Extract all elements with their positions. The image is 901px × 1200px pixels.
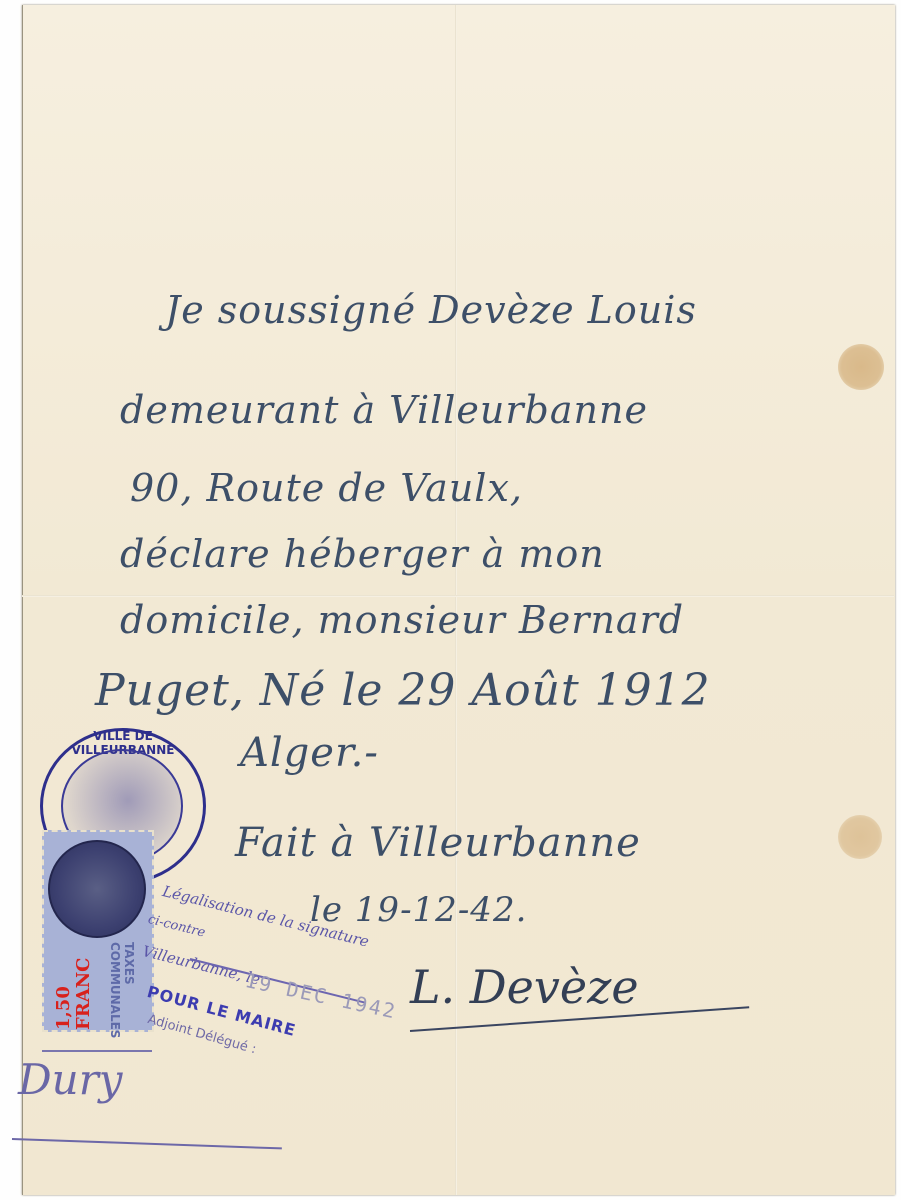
body-line-3: 90, Route de Vaulx, xyxy=(130,466,523,510)
place-line: Fait à Villeurbanne xyxy=(235,820,641,866)
stain-spot-upper xyxy=(838,344,884,390)
revenue-stamp: 1,50 FRANC TAXES COMMUNALES xyxy=(42,830,154,1032)
official-signature-line-top xyxy=(42,1050,152,1052)
body-line-1: Je soussigné Devèze Louis xyxy=(165,288,697,332)
body-line-4: déclare héberger à mon xyxy=(120,532,605,576)
body-line-7: Alger.- xyxy=(240,730,379,776)
stain-spot-lower xyxy=(838,815,882,859)
marianne-medallion-icon xyxy=(48,840,146,938)
author-signature: L. Devèze xyxy=(410,960,639,1014)
official-signature: Dury xyxy=(18,1055,123,1104)
horizontal-fold-line xyxy=(22,595,894,597)
body-line-2: demeurant à Villeurbanne xyxy=(120,388,648,432)
stamp-label: TAXES COMMUNALES xyxy=(108,942,136,1038)
stamp-value: 1,50 FRANC xyxy=(54,942,94,1030)
body-line-6: Puget, Né le 29 Août 1912 xyxy=(95,665,711,716)
date-line: le 19-12-42. xyxy=(310,890,527,930)
body-line-5: domicile, monsieur Bernard xyxy=(120,598,684,642)
